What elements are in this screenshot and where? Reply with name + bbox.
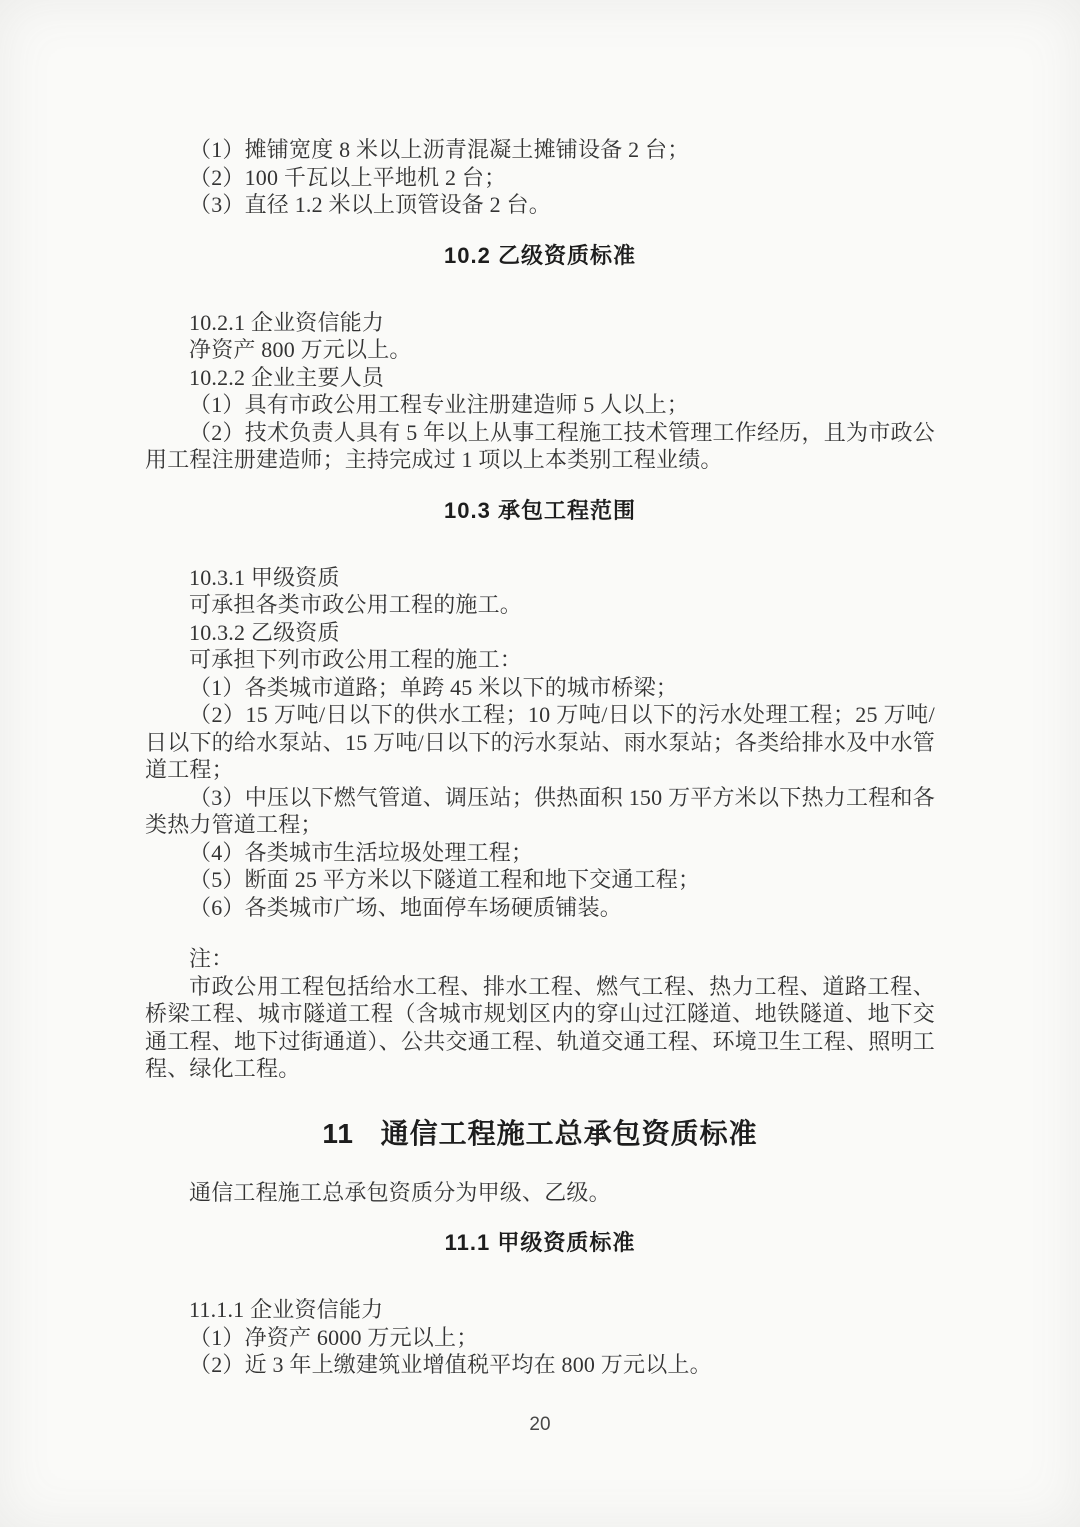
heading-10-3-contract-scope: 10.3 承包工程范围: [145, 494, 935, 528]
heading-11-1-a-grade-standard: 11.1 甲级资质标准: [145, 1226, 935, 1260]
personnel-item-2: （2）技术负责人具有 5 年以上从事工程施工技术管理工作经历，且为市政公用工程注…: [145, 419, 935, 474]
equipment-item-1: （1）摊铺宽度 8 米以上沥青混凝土摊铺设备 2 台；: [145, 136, 935, 164]
page-content: （1）摊铺宽度 8 米以上沥青混凝土摊铺设备 2 台； （2）100 千瓦以上平…: [145, 0, 935, 1379]
section-10-2-1-title: 10.2.1 企业资信能力: [145, 309, 935, 337]
section-11-1-1-title: 11.1.1 企业资信能力: [145, 1296, 935, 1324]
credit-item-1: （1）净资产 6000 万元以上；: [145, 1324, 935, 1352]
section-10-3-1-text: 可承担各类市政公用工程的施工。: [145, 591, 935, 619]
credit-item-2: （2）近 3 年上缴建筑业增值税平均在 800 万元以上。: [145, 1351, 935, 1379]
section-10-2-2-title: 10.2.2 企业主要人员: [145, 364, 935, 392]
scope-item-2: （2）15 万吨/日以下的供水工程；10 万吨/日以下的污水处理工程；25 万吨…: [145, 701, 935, 784]
page-footer: 20: [0, 1412, 1080, 1438]
scope-item-4: （4）各类城市生活垃圾处理工程；: [145, 839, 935, 867]
scope-item-3: （3）中压以下燃气管道、调压站；供热面积 150 万平方米以下热力工程和各类热力…: [145, 784, 935, 839]
note-text: 市政公用工程包括给水工程、排水工程、燃气工程、热力工程、道路工程、桥梁工程、城市…: [145, 973, 935, 1083]
equipment-item-2: （2）100 千瓦以上平地机 2 台；: [145, 164, 935, 192]
section-10-3-1-title: 10.3.1 甲级资质: [145, 564, 935, 592]
page-number: 20: [529, 1414, 550, 1435]
scope-item-5: （5）断面 25 平方米以下隧道工程和地下交通工程；: [145, 866, 935, 894]
heading-11-communication-chapter: 11通信工程施工总承包资质标准: [145, 1113, 935, 1155]
document-page: （1）摊铺宽度 8 米以上沥青混凝土摊铺设备 2 台； （2）100 千瓦以上平…: [0, 0, 1080, 1527]
personnel-item-1: （1）具有市政公用工程专业注册建造师 5 人以上；: [145, 391, 935, 419]
scope-item-6: （6）各类城市广场、地面停车场硬质铺装。: [145, 894, 935, 922]
chapter-title: 通信工程施工总承包资质标准: [381, 1118, 758, 1149]
section-10-3-2-intro: 可承担下列市政公用工程的施工：: [145, 646, 935, 674]
chapter-number: 11: [322, 1118, 354, 1149]
scope-item-1: （1）各类城市道路；单跨 45 米以下的城市桥梁；: [145, 674, 935, 702]
section-10-2-1-text: 净资产 800 万元以上。: [145, 336, 935, 364]
section-10-3-2-title: 10.3.2 乙级资质: [145, 619, 935, 647]
note-label: 注：: [145, 945, 935, 973]
heading-10-2-b-grade-standard: 10.2 乙级资质标准: [145, 239, 935, 273]
chapter-11-intro: 通信工程施工总承包资质分为甲级、乙级。: [145, 1179, 935, 1207]
equipment-item-3: （3）直径 1.2 米以上顶管设备 2 台。: [145, 191, 935, 219]
